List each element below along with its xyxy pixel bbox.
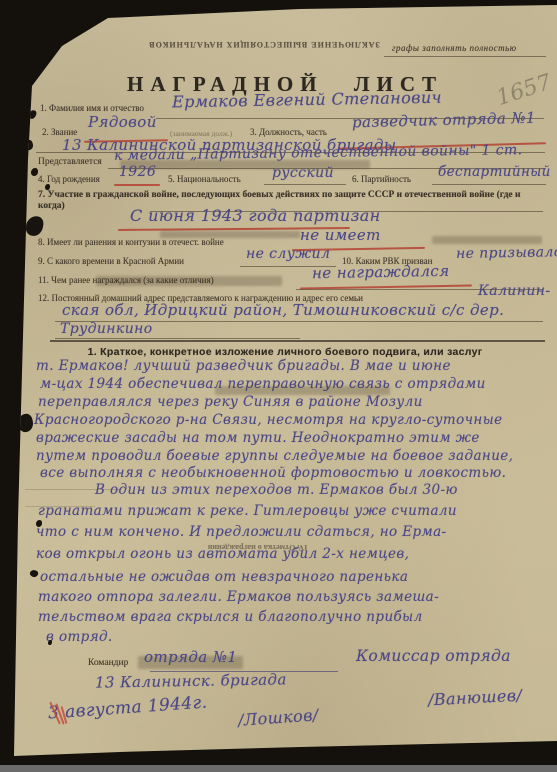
scanned-document: ЗАКЛЮЧЕНИЕ ВЫШЕСТОЯЩИХ НАЧАЛЬНИКОВ графы…: [0, 0, 557, 772]
field-war-value: С июня 1943 года партизан: [130, 206, 381, 225]
field-wounds-value: не имеет: [300, 226, 381, 244]
nationality-underline: [264, 184, 346, 185]
fill-note-underline: [384, 56, 546, 57]
section-separator: [50, 340, 545, 342]
commander-unit: 13 Калининск. бригада: [95, 670, 287, 691]
ink-blot: [31, 168, 38, 176]
feat-line: переправлялся через реку Синяя в районе …: [38, 394, 423, 410]
field-presented-label: Представляется: [38, 157, 102, 167]
field-name-value: Ермаков Евгений Степанович: [172, 88, 442, 112]
field-wounds-label: 8. Имеет ли ранения и контузии в отечест…: [38, 237, 224, 247]
field-party-label: 6. Партийность: [352, 174, 411, 184]
field-army-value: не служил: [246, 246, 330, 262]
commander-label: Командир: [88, 658, 128, 668]
ink-blot: [28, 109, 38, 120]
feat-section-header: 1. Краткое, конкретное изложение личного…: [55, 346, 515, 358]
commissar-signature: /Ванюшев/: [428, 686, 523, 710]
field-name-label: 1. Фамилия имя и отчество: [40, 103, 144, 113]
feat-line: остальные не ожидав от невзрачного парен…: [40, 569, 408, 585]
field-position-value: разведчик отряда №1: [352, 109, 536, 132]
party-underline: [432, 184, 546, 185]
fill-note: графы заполнять полностью: [392, 43, 517, 53]
ink-blot: [16, 413, 34, 434]
ink-blot: [24, 215, 44, 238]
field-nationality-label: 5. Национальность: [168, 174, 241, 184]
feat-line: вражеские засады на том пути. Неоднократ…: [36, 430, 480, 446]
feat-line: такого отпора залегли. Ермаков пользуясь…: [38, 589, 439, 605]
feat-line: все выполняя с необыкновенной фортовость…: [40, 465, 506, 481]
commander-value: отряда №1: [144, 648, 237, 666]
feat-line: ков открыл огонь из автомата убил 2-х не…: [36, 546, 409, 562]
field-birthyear-label: 4. Год рождения: [38, 174, 100, 184]
field-address-value-1: Калинин-: [478, 283, 551, 299]
ink-blot: [24, 139, 34, 151]
paper-sheet: ЗАКЛЮЧЕНИЕ ВЫШЕСТОЯЩИХ НАЧАЛЬНИКОВ графы…: [0, 0, 557, 772]
feat-line: гранатами прижат к реке. Гитлеровцы уже …: [38, 503, 457, 519]
field-army-label: 9. С какого времени в Красной Армии: [38, 256, 184, 266]
feat-line: что с ним кончено. И предложили сдаться,…: [36, 524, 447, 540]
date-value: 3 августа 1944г.: [47, 692, 208, 723]
field-address-value-3: Трудинкино: [60, 321, 153, 337]
feat-line: т. Ермаков! лучший разведчик бригады. В …: [36, 358, 451, 374]
field-address-value-2: ская обл, Идрицкий район, Тимошниковский…: [62, 301, 504, 319]
prevawards-overprint-smudge: [96, 276, 282, 286]
commander-signature: /Лошков/: [237, 705, 319, 730]
ink-blot: [29, 569, 39, 579]
commissar-label: Комиссар отряда: [356, 647, 511, 665]
birthyear-red-underline: [114, 184, 160, 186]
field-party-value: беспартийный: [438, 164, 551, 180]
feat-line: В один из этих переходов т. Ермаков был …: [95, 482, 458, 498]
field-birthyear-value: 1926: [119, 164, 156, 180]
feat-line: путем проводил боевые группы следуемые н…: [36, 448, 513, 464]
address-underline-2: [55, 338, 300, 339]
bleedthrough-top-text: ЗАКЛЮЧЕНИЕ ВЫШЕСТОЯЩИХ НАЧАЛЬНИКОВ: [128, 40, 400, 49]
row8-overprint-smudge-right: [432, 236, 542, 244]
field-prevawards-value: не награждался: [312, 262, 450, 282]
feat-line: Красногородского р-на Связи, несмотря на…: [34, 412, 503, 428]
field-nationality-value: русский: [272, 165, 334, 181]
feat-line: тельством врага скрылся и благополучно п…: [38, 609, 423, 625]
scanner-edge-strip: [0, 765, 557, 772]
feat-line: в отряд.: [46, 629, 113, 645]
field-rank-value: Рядовой: [88, 113, 157, 131]
field-rvk-value: не призывался: [456, 244, 557, 262]
